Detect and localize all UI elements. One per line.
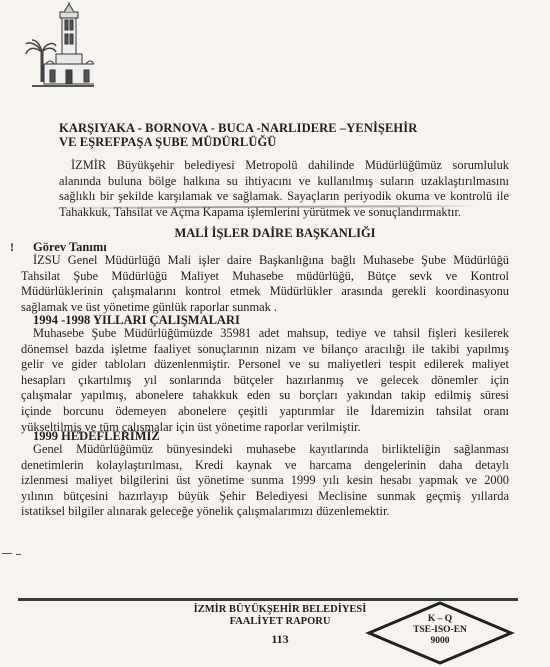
paragraph-line: içinde borcunu ödemeyen abonelere çeşitl… bbox=[21, 404, 509, 420]
paragraph-line: Müdürlüklerinin çalışmalarını kontrol et… bbox=[21, 284, 509, 300]
paragraph-line: çalışmalar yapılmış, abonelere tahakkuk … bbox=[21, 388, 509, 404]
paragraph-line: hesapları çıkartılmış yıl sonlarında büt… bbox=[21, 373, 509, 389]
duty-definition-heading: Görev Tanımı bbox=[33, 240, 107, 254]
paragraph-line: yılının bütçesini hazırlayıp büyük Şehir… bbox=[21, 489, 509, 505]
cert-line: TSE-ISO-EN bbox=[365, 625, 515, 636]
works-paragraph: Muhasebe Şube Müdürlüğümüzde 35981 adet … bbox=[21, 326, 509, 435]
footer-org-line: FAALİYET RAPORU bbox=[180, 616, 380, 628]
paragraph-line: Tahsilat Şube Müdürlüğü Maliyet Muhasebe… bbox=[21, 269, 509, 285]
duty-paragraph: İZSU Genel Müdürlüğü Mali işler daire Ba… bbox=[21, 253, 509, 315]
scan-speck bbox=[2, 553, 12, 554]
scan-speck bbox=[16, 554, 21, 555]
paragraph-line: denetimlerin kolaylaştırılması, Kredi ka… bbox=[21, 458, 509, 474]
title-line: KARŞIYAKA - BORNOVA - BUCA -NARLIDERE –Y… bbox=[59, 121, 499, 135]
document-title: KARŞIYAKA - BORNOVA - BUCA -NARLIDERE –Y… bbox=[59, 121, 499, 149]
goals-paragraph: Genel Müdürlüğümüz bünyesindeki muhasebe… bbox=[21, 442, 509, 520]
bullet-mark: ! bbox=[10, 240, 14, 255]
paragraph-line: Muhasebe Şube Müdürlüğümüzde 35981 adet … bbox=[21, 326, 509, 342]
footer-org-line: İZMİR BÜYÜKŞEHİR BELEDİYESİ bbox=[180, 604, 380, 616]
paragraph-line: gelir ve gider tabloları düzenlenmiştir.… bbox=[21, 357, 509, 373]
certification-text: K – Q TSE-ISO-EN 9000 bbox=[365, 614, 515, 647]
works-heading: 1994 -1998 YILLARI ÇALIŞMALARI bbox=[33, 313, 240, 327]
paragraph-line: sağlıklı bir şekilde karşılamak ve sağla… bbox=[59, 189, 509, 205]
title-line: VE EŞREFPAŞA ŞUBE MÜDÜRLÜĞÜ bbox=[59, 135, 499, 149]
paragraph-line: alanında buluna bölge halkına su ihtiyac… bbox=[59, 174, 509, 190]
footer-organization: İZMİR BÜYÜKŞEHİR BELEDİYESİ FAALİYET RAP… bbox=[180, 604, 380, 628]
section-title: MALİ İŞLER DAİRE BAŞKANLIĞI bbox=[0, 226, 550, 240]
paragraph-line: İZSU Genel Müdürlüğü Mali işler daire Ba… bbox=[21, 253, 509, 269]
paragraph-line: Genel Müdürlüğümüz bünyesindeki muhasebe… bbox=[21, 442, 509, 458]
cert-line: 9000 bbox=[365, 636, 515, 647]
paragraph-line: İZMİR Büyükşehir belediyesi Metropolü da… bbox=[59, 158, 509, 174]
cert-line: K – Q bbox=[365, 614, 515, 625]
paragraph-line: istatiksel bilgiler alınarak geleceğe yö… bbox=[21, 504, 509, 520]
intro-paragraph: İZMİR Büyükşehir belediyesi Metropolü da… bbox=[59, 158, 509, 220]
clock-tower-logo bbox=[14, 2, 94, 90]
paragraph-line: izlenmesi maliyet bilgilerini üst yöneti… bbox=[21, 473, 509, 489]
goals-heading: 1999 HEDEFLERİMİZ bbox=[33, 429, 160, 443]
page-number: 113 bbox=[250, 632, 310, 647]
paragraph-line: dönemsel bazda işletme faaliyet sonuçlar… bbox=[21, 342, 509, 358]
